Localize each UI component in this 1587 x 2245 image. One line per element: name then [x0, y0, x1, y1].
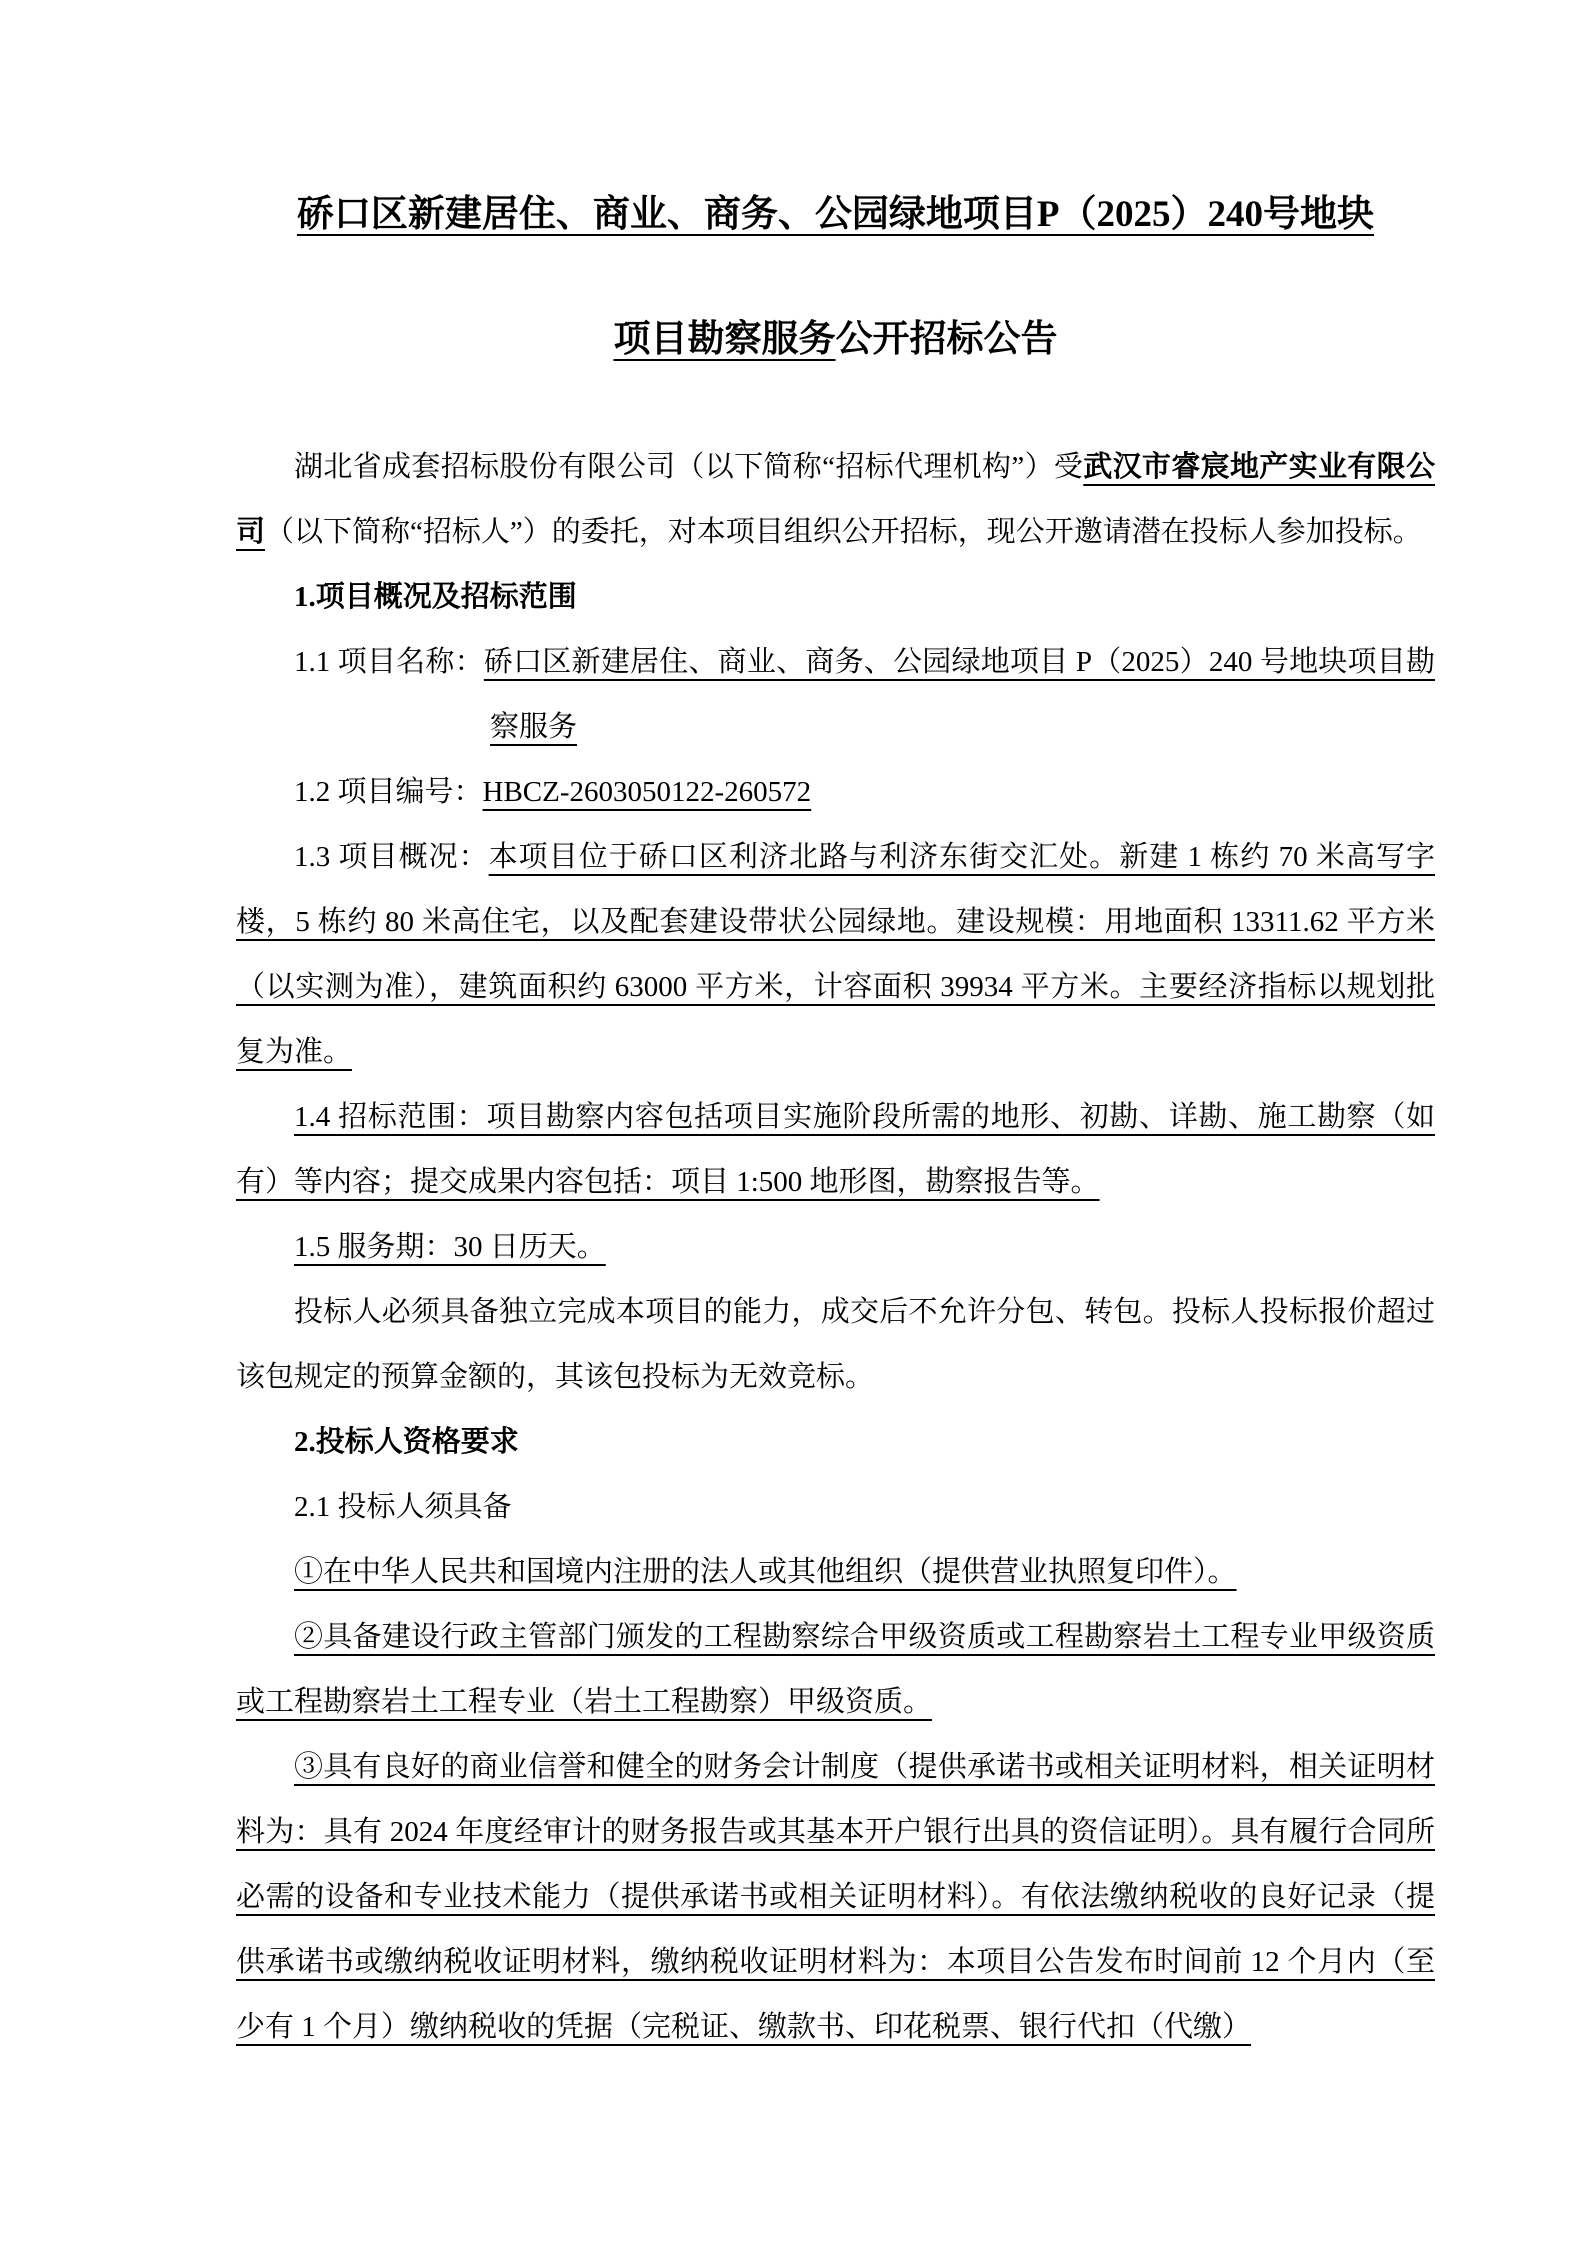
- para-intro: 湖北省成套招标股份有限公司（以下简称“招标代理机构”）受武汉市睿宸地产实业有限公…: [236, 435, 1435, 565]
- para-intro-run-0: 湖北省成套招标股份有限公司（以下简称“招标代理机构”）受: [294, 451, 1083, 483]
- para-independent-ability-run-0: 投标人必须具备独立完成本项目的能力，成交后不允许分包、转包。投标人投标报价超过该…: [236, 1296, 1435, 1393]
- document-title: 硚口区新建居住、商业、商务、公园绿地项目P（2025）240号地块项目勘察服务公…: [236, 152, 1435, 402]
- title-line-1: 硚口区新建居住、商业、商务、公园绿地项目P（2025）240号地块: [236, 152, 1435, 277]
- para-1-3-project-overview-run-1: 本项目位于硚口区利济北路与利济东街交汇处。新建 1 栋约 70 米高写字楼，5 …: [236, 841, 1435, 1068]
- para-requirement-3: ③具有良好的商业信誉和健全的财务会计制度（提供承诺书或相关证明材料，相关证明材料…: [236, 1735, 1435, 2060]
- heading-1: 1.项目概况及招标范围: [236, 565, 1435, 630]
- para-1-5-service-period-run-0: 1.5 服务期：30 日历天。: [294, 1231, 606, 1263]
- para-1-2-project-number-run-0: 1.2 项目编号：: [294, 776, 483, 808]
- heading-2: 2.投标人资格要求: [236, 1410, 1435, 1475]
- para-1-4-bid-scope: 1.4 招标范围：项目勘察内容包括项目实施阶段所需的地形、初勘、详勘、施工勘察（…: [236, 1085, 1435, 1215]
- para-1-4-bid-scope-run-0: 1.4 招标范围：项目勘察内容包括项目实施阶段所需的地形、初勘、详勘、施工勘察（…: [236, 1101, 1435, 1198]
- para-1-3-project-overview-run-0: 1.3 项目概况：: [294, 841, 489, 873]
- heading-1-run-0: 1.项目概况及招标范围: [294, 581, 577, 613]
- document-page: 硚口区新建居住、商业、商务、公园绿地项目P（2025）240号地块项目勘察服务公…: [0, 0, 1587, 2245]
- title-line-2-run-0: 项目勘察服务: [614, 319, 836, 360]
- para-independent-ability: 投标人必须具备独立完成本项目的能力，成交后不允许分包、转包。投标人投标报价超过该…: [236, 1280, 1435, 1410]
- para-requirement-1-run-0: ①在中华人民共和国境内注册的法人或其他组织（提供营业执照复印件）。: [294, 1556, 1237, 1588]
- para-1-2-project-number: 1.2 项目编号：HBCZ-2603050122-260572: [236, 760, 1435, 825]
- para-2-1: 2.1 投标人须具备: [236, 1475, 1435, 1540]
- heading-2-run-0: 2.投标人资格要求: [294, 1426, 519, 1458]
- para-1-1-project-name-run-1: 硚口区新建居住、商业、商务、公园绿地项目 P（2025）240 号地块项目勘察服…: [484, 646, 1435, 743]
- para-intro-run-2: （以下简称“招标人”）的委托，对本项目组织公开招标，现公开邀请潜在投标人参加投标…: [265, 516, 1422, 548]
- para-requirement-2-run-0: ②具备建设行政主管部门颁发的工程勘察综合甲级资质或工程勘察岩土工程专业甲级资质或…: [236, 1621, 1435, 1718]
- para-2-1-run-0: 2.1 投标人须具备: [294, 1491, 512, 1523]
- para-requirement-1: ①在中华人民共和国境内注册的法人或其他组织（提供营业执照复印件）。: [236, 1540, 1435, 1605]
- para-1-1-project-name-run-0: 1.1 项目名称：: [294, 646, 484, 678]
- para-1-2-project-number-run-1: HBCZ-2603050122-260572: [483, 776, 812, 808]
- para-requirement-3-run-0: ③具有良好的商业信誉和健全的财务会计制度（提供承诺书或相关证明材料，相关证明材料…: [236, 1751, 1435, 2043]
- document-body: 湖北省成套招标股份有限公司（以下简称“招标代理机构”）受武汉市睿宸地产实业有限公…: [236, 435, 1435, 2060]
- para-1-1-project-name: 1.1 项目名称：硚口区新建居住、商业、商务、公园绿地项目 P（2025）240…: [236, 630, 1435, 760]
- para-1-5-service-period: 1.5 服务期：30 日历天。: [236, 1215, 1435, 1280]
- para-1-3-project-overview: 1.3 项目概况：本项目位于硚口区利济北路与利济东街交汇处。新建 1 栋约 70…: [236, 825, 1435, 1085]
- title-line-2-run-1: 公开招标公告: [836, 319, 1058, 360]
- title-line-2: 项目勘察服务公开招标公告: [236, 277, 1435, 402]
- para-requirement-2: ②具备建设行政主管部门颁发的工程勘察综合甲级资质或工程勘察岩土工程专业甲级资质或…: [236, 1605, 1435, 1735]
- title-line-1-run-0: 硚口区新建居住、商业、商务、公园绿地项目P（2025）240号地块: [297, 194, 1374, 235]
